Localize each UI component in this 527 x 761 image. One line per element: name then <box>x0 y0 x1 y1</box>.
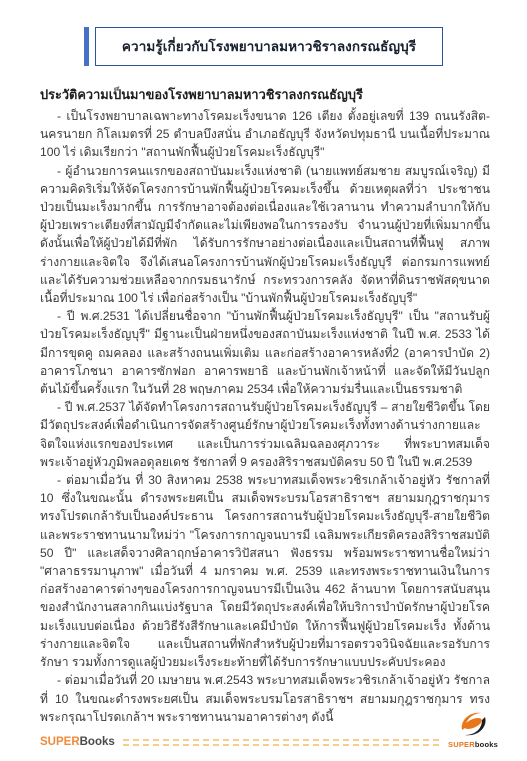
footer-logo-caption: SUPERbooks <box>448 740 498 749</box>
page-title: ความรู้เกี่ยวกับโรงพยาบาลมหาวชิราลงกรณธั… <box>122 35 416 57</box>
logo-caption-suffix: books <box>475 740 498 749</box>
document-body: ประวัติความเป็นมาของโรงพยาบาลมหาวชิราลงก… <box>40 86 490 726</box>
footer-brand-prefix: SUPER <box>40 736 80 748</box>
paragraph: - ต่อมาเมื่อวัน ที่ 30 สิงหาคม 2538 พระบ… <box>40 471 490 671</box>
section-heading: ประวัติความเป็นมาของโรงพยาบาลมหาวชิราลงก… <box>40 86 490 104</box>
paragraph: - ผู้อำนวยการคนแรกของสถาบันมะเร็งแห่งชาต… <box>40 162 490 308</box>
footer-divider <box>123 739 439 746</box>
title-banner: ความรู้เกี่ยวกับโรงพยาบาลมหาวชิราลงกรณธั… <box>0 27 527 66</box>
page-footer: SUPERBooks SUPERbooks <box>40 708 501 749</box>
logo-caption-prefix: SUPER <box>448 740 475 749</box>
superbooks-swoosh-icon <box>456 708 490 740</box>
title-box: ความรู้เกี่ยวกับโรงพยาบาลมหาวชิราลงกรณธั… <box>95 27 443 66</box>
footer-logo: SUPERbooks <box>445 708 501 749</box>
paragraph: - ปี พ.ศ.2531 ได้เปลี่ยนชื่อจาก "บ้านพัก… <box>40 307 490 398</box>
title-accent-bar <box>84 27 89 66</box>
paragraph: - เป็นโรงพยาบาลเฉพาะทางโรคมะเร็งขนาด 126… <box>40 107 490 162</box>
footer-brand: SUPERBooks <box>40 735 115 749</box>
footer-brand-suffix: Books <box>80 736 115 748</box>
paragraph: - ปี พ.ศ.2537 ได้จัดทำโครงการสถานรับผู้ป… <box>40 398 490 471</box>
